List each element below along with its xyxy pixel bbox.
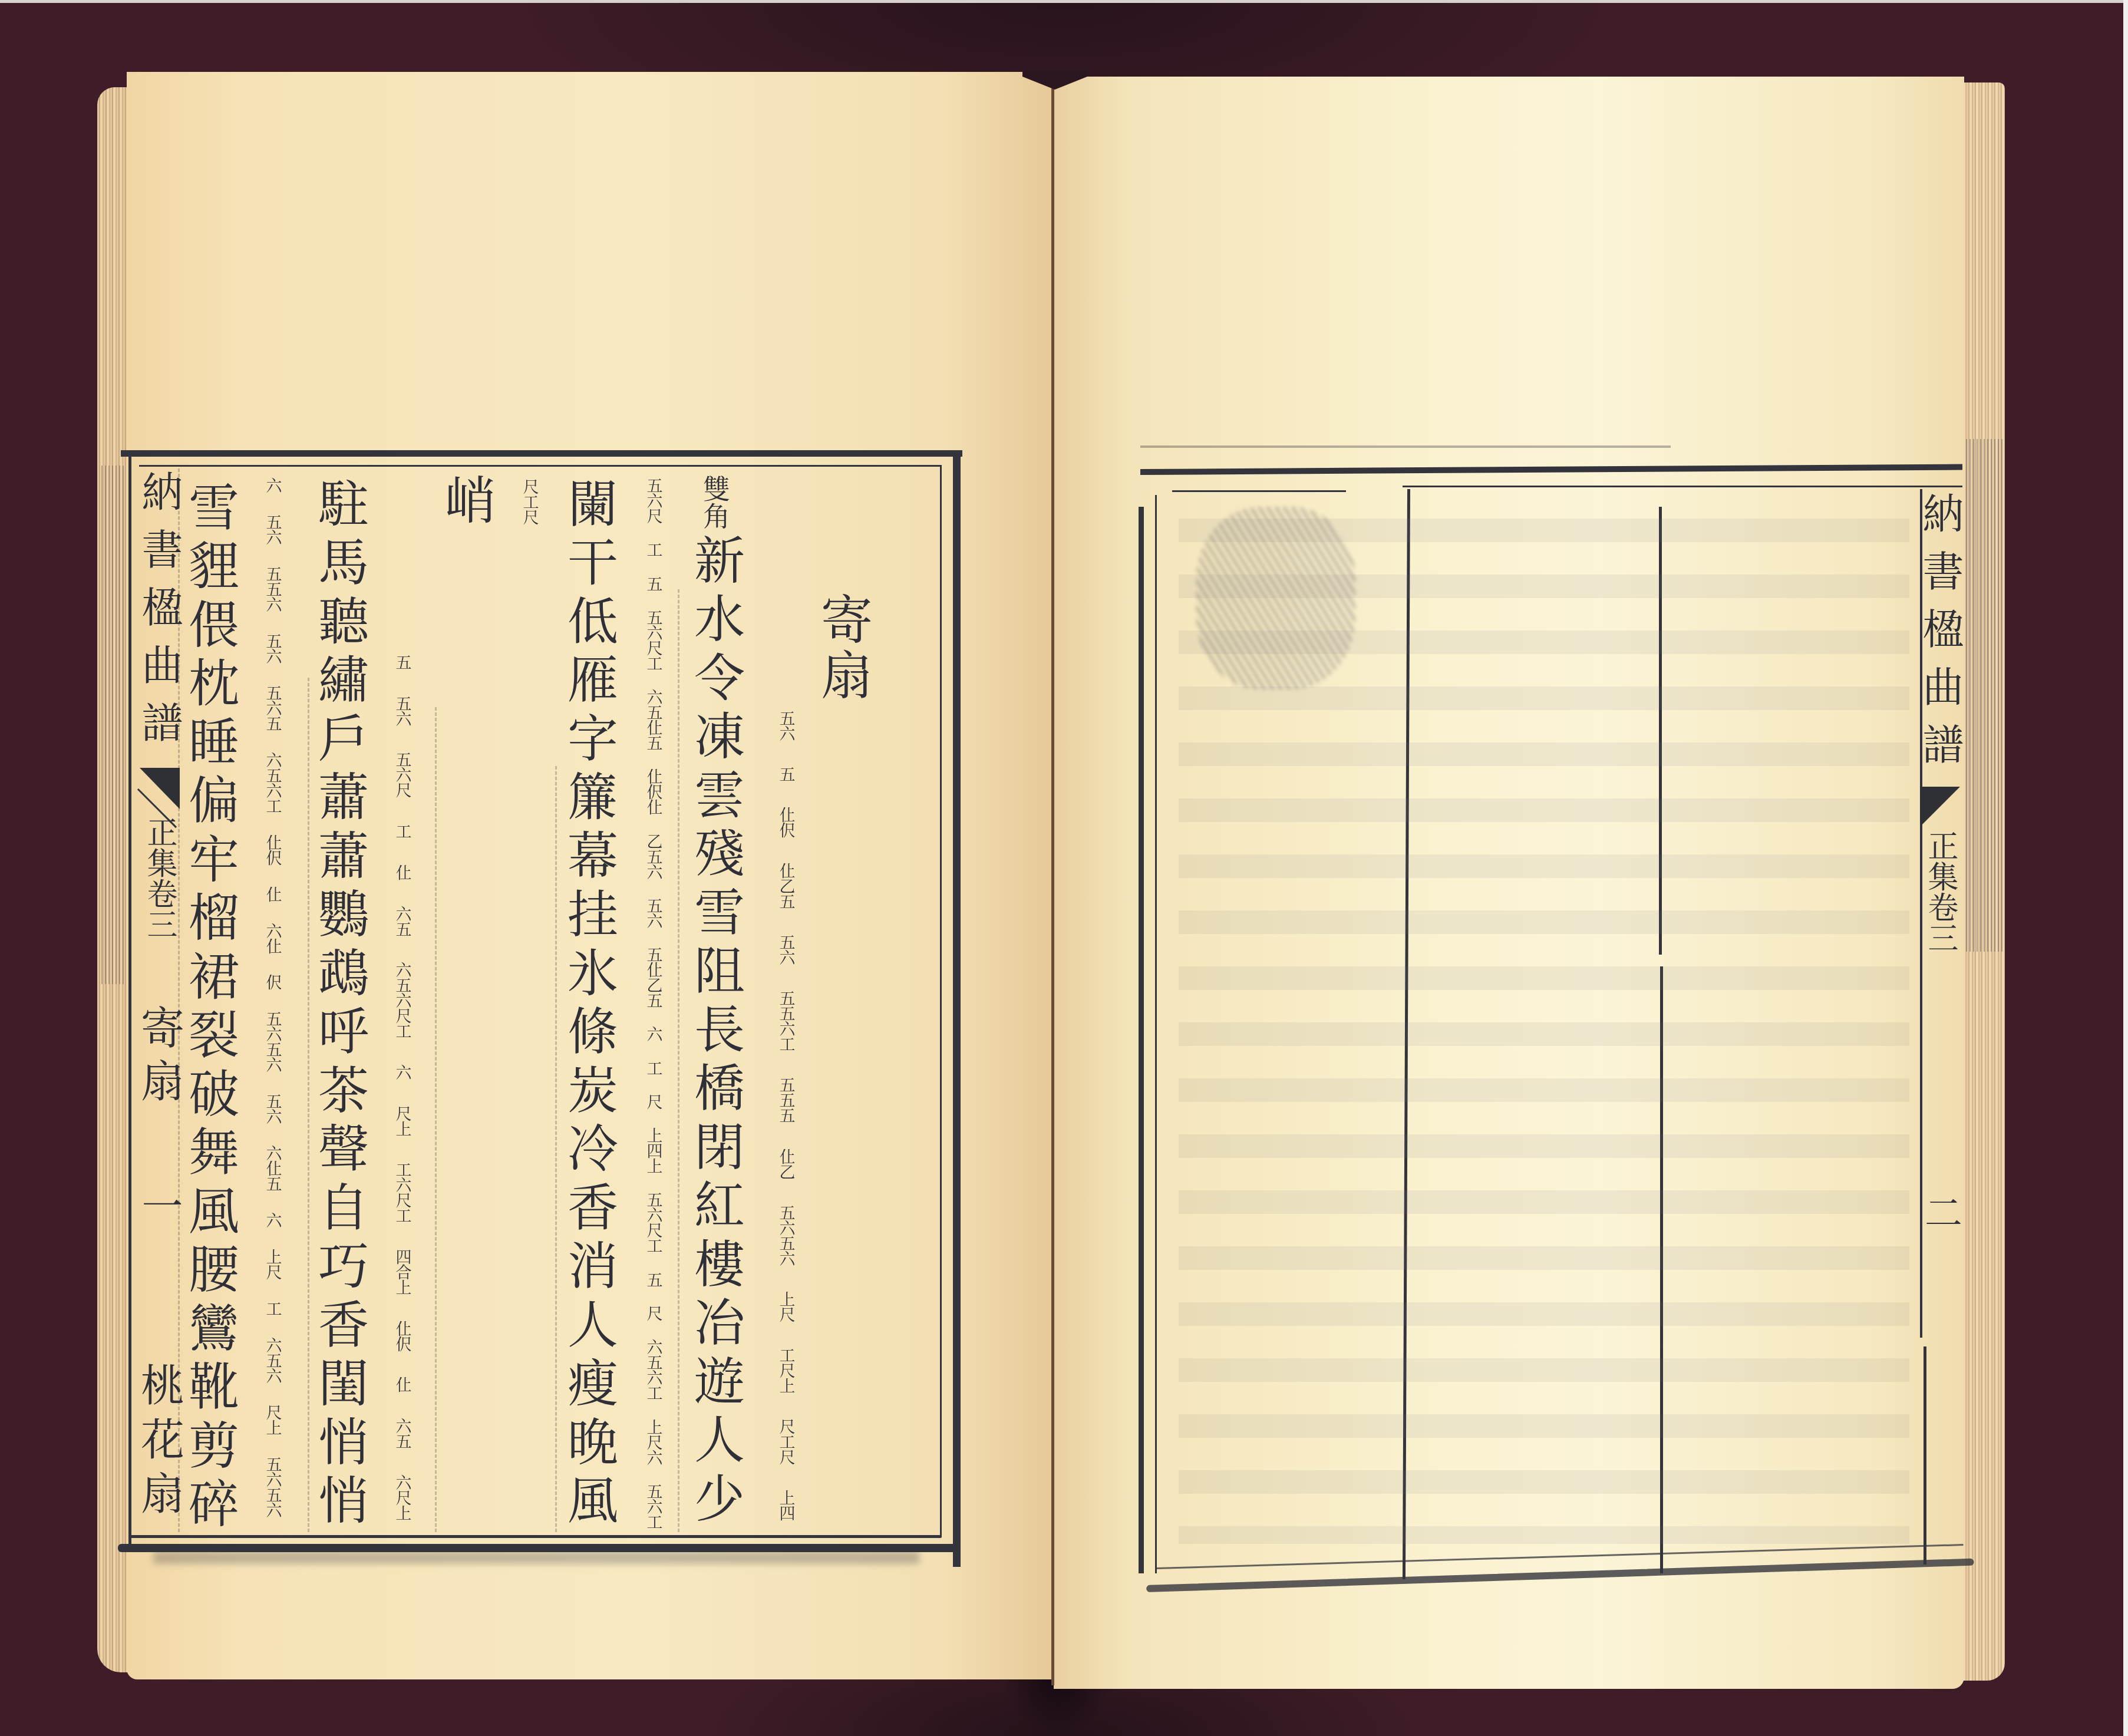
left-frame-right-inner bbox=[940, 465, 942, 1537]
lyric-column-5: 雪貍偎枕睡偏牢榴裙裂破舞風腰鸞靴剪碎 bbox=[184, 481, 235, 1536]
notation-group: 上四 bbox=[778, 1490, 794, 1520]
notation-group: 工六尺工 bbox=[394, 1161, 410, 1223]
notation-group: 工 bbox=[645, 542, 661, 557]
notation-group: 五六尺工 bbox=[645, 1192, 661, 1253]
lyric-column-2: 闌干低雁字簾幕挂氷條炭冷香消人瘦晚風 bbox=[563, 477, 613, 1533]
notation-group: 工尺上 bbox=[778, 1347, 794, 1393]
notation-group: 六仩五 bbox=[265, 1145, 281, 1191]
column-rule bbox=[555, 766, 557, 1532]
notation-group: 尺工尺 bbox=[778, 1418, 794, 1464]
mode-label: 雙角 bbox=[701, 475, 728, 529]
notation-group: 六五仩五 bbox=[645, 689, 661, 750]
notation-group: 仩伬 bbox=[265, 834, 281, 865]
right-frame-left-inner bbox=[1155, 495, 1157, 1573]
notation-group: 仩伬仩 bbox=[645, 768, 661, 814]
notation-group: 上尺六 bbox=[645, 1419, 661, 1465]
notation-group: 六五 bbox=[394, 906, 410, 936]
notation-group: 六五六 bbox=[265, 1337, 281, 1383]
notation-group: 六五六尺工 bbox=[394, 962, 410, 1038]
notation-group: 五六五 bbox=[265, 685, 281, 731]
tune-name: 新水令 bbox=[685, 534, 744, 710]
notation-group: 五六工 bbox=[645, 1483, 661, 1529]
notation-group: 五五六 bbox=[265, 566, 281, 612]
notation-group: 五 bbox=[394, 654, 410, 669]
lyric-column-1: 新水令凍雲殘雪阻長橋閉紅樓冶遊人少 bbox=[689, 534, 740, 1531]
notation-group: 伬 bbox=[265, 974, 281, 989]
notation-group: 六仩 bbox=[265, 923, 281, 953]
lyric-text: 繡戶蕭蕭鸚鵡呼茶聲自巧香閨悄悄 bbox=[309, 654, 368, 1533]
notation-group: 仩乙五 bbox=[778, 863, 794, 909]
tune-name: 駐馬聽 bbox=[309, 477, 368, 654]
notation-group: 尺上 bbox=[265, 1404, 281, 1435]
notation-group: 五六 bbox=[265, 514, 281, 544]
notation-group: 仩伬 bbox=[778, 807, 794, 837]
notation-group: 五仩乙五 bbox=[645, 946, 661, 1008]
notation-group: 六 bbox=[265, 477, 281, 493]
notation-group: 尺上 bbox=[394, 1105, 410, 1136]
notation-group: 五五六工 bbox=[778, 990, 794, 1051]
notation-group: 六 bbox=[645, 1026, 661, 1041]
notation-group: 五六 bbox=[265, 1093, 281, 1124]
margin-play-name: 桃花扇 bbox=[137, 1362, 181, 1525]
left-frame-bottom-inner bbox=[128, 1535, 942, 1538]
notation-group: 上尺 bbox=[778, 1291, 794, 1322]
notation-group: 六五六工 bbox=[265, 752, 281, 813]
notation-group: 上四上 bbox=[645, 1127, 661, 1173]
notation-group: 尺 bbox=[645, 1094, 661, 1109]
left-frame-right-outer bbox=[953, 450, 961, 1567]
lyric-column-4: 駐馬聽繡戶蕭蕭鸚鵡呼茶聲自巧香閨悄悄 bbox=[314, 477, 364, 1533]
notation-group: 仩伬 bbox=[394, 1321, 410, 1351]
right-frame-top-inner bbox=[1403, 486, 1962, 487]
notation-group: 五六五六 bbox=[265, 1011, 281, 1072]
left-frame-left-edge bbox=[128, 454, 131, 1550]
left-frame-ink-bleed bbox=[153, 1551, 919, 1564]
right-stack-ink-bleed bbox=[1962, 439, 2004, 952]
gutter bbox=[1051, 88, 1054, 1685]
margin-page-number: 一 bbox=[138, 1184, 180, 1226]
ink-smudge bbox=[1196, 507, 1355, 689]
notation-group: 五六 bbox=[778, 710, 794, 741]
margin-book-title: 納書楹曲譜 bbox=[138, 470, 180, 759]
notation-group: 六五 bbox=[394, 1418, 410, 1448]
notation-group: 五六五六 bbox=[778, 1204, 794, 1266]
piece-title: 寄扇 bbox=[817, 593, 869, 704]
column-rule bbox=[678, 589, 679, 1532]
gongche-notation-column-1: 五六五仩伬仩乙五五六五五六工五五五仩乙五六五六上尺工尺上尺工尺上四 bbox=[768, 710, 803, 1520]
right-frame-left-outer bbox=[1139, 507, 1144, 1573]
gongche-notation-column-5: 六五六五五六五六五六五六五六工仩伬仩六仩伬五六五六五六六仩五六上尺工六五六尺上五… bbox=[255, 477, 290, 1517]
notation-group: 五六尺 bbox=[645, 477, 661, 523]
left-stack-ink-bleed bbox=[101, 466, 125, 984]
notation-group: 五六尺工 bbox=[645, 609, 661, 671]
notation-group: 五 bbox=[778, 766, 794, 781]
notation-group: 尺工尺 bbox=[522, 478, 537, 524]
notation-group: 六尺上 bbox=[394, 1474, 410, 1520]
notation-group: 工 bbox=[645, 1060, 661, 1075]
notation-group: 五六 bbox=[778, 934, 794, 965]
notation-group: 工 bbox=[394, 823, 410, 839]
notation-group: 五六五六 bbox=[265, 1456, 281, 1517]
notation-group: 四合上 bbox=[394, 1249, 410, 1295]
right-margin-rule bbox=[1924, 1346, 1926, 1565]
gongche-notation-column-4: 五五六五六尺工仩六五六五六尺工六尺上工六尺工四合上仩伬仩六五六尺上 bbox=[384, 654, 420, 1520]
left-frame-top-outer bbox=[121, 450, 962, 457]
notation-group: 六 bbox=[394, 1064, 410, 1080]
left-frame-top-inner bbox=[139, 465, 942, 467]
right-frame-top-inner-segment bbox=[1172, 490, 1346, 492]
margin-piece-name: 寄扇 bbox=[137, 1005, 181, 1111]
book-spread-scan: 納書楹曲譜 正集卷三 寄扇 一 桃花扇 寄扇 雙角 新水令凍雲殘雪阻長橋閉紅樓冶… bbox=[0, 0, 2128, 1736]
notation-group: 五五五 bbox=[778, 1077, 794, 1123]
notation-group: 仩 bbox=[394, 1377, 410, 1392]
notation-group: 五六 bbox=[265, 633, 281, 664]
notation-group: 六五六工 bbox=[645, 1339, 661, 1400]
column-rule bbox=[435, 707, 437, 1532]
right-margin-volume: 正集卷三 bbox=[1925, 830, 1955, 953]
scan-border-right bbox=[2123, 0, 2128, 1736]
right-frame-bleed-line bbox=[1140, 445, 1671, 448]
lyric-column-3: 峭 bbox=[440, 474, 491, 533]
lyric-text: 凍雲殘雪阻長橋閉紅樓冶遊人少 bbox=[685, 710, 744, 1531]
gongche-notation-column-2: 五六尺工五五六尺工六五仩五仩伬仩乙五六五六五仩乙五六工尺上四上五六尺工五尺六五六… bbox=[635, 477, 671, 1529]
notation-group: 五六 bbox=[645, 897, 661, 928]
notation-group: 六 bbox=[265, 1212, 281, 1227]
notation-group: 仩 bbox=[394, 864, 410, 880]
right-margin-book-title: 納書楹曲譜 bbox=[1919, 492, 1961, 781]
margin-volume: 正集卷三 bbox=[144, 817, 174, 939]
notation-group: 仩 bbox=[265, 886, 281, 902]
notation-group: 五六 bbox=[394, 695, 410, 726]
notation-group: 五 bbox=[645, 1272, 661, 1287]
notation-group: 尺 bbox=[645, 1305, 661, 1321]
right-margin-page-number: 二 bbox=[1921, 1193, 1959, 1231]
notation-group: 上尺 bbox=[265, 1249, 281, 1279]
gongche-notation-column-3: 尺工尺 bbox=[512, 478, 547, 526]
notation-group: 乙五六 bbox=[645, 833, 661, 879]
notation-group: 五六尺 bbox=[394, 751, 410, 797]
notation-group: 工 bbox=[265, 1301, 281, 1316]
notation-group: 五 bbox=[645, 576, 661, 591]
scan-border-top bbox=[0, 0, 2128, 3]
notation-group: 仩乙 bbox=[778, 1148, 794, 1179]
